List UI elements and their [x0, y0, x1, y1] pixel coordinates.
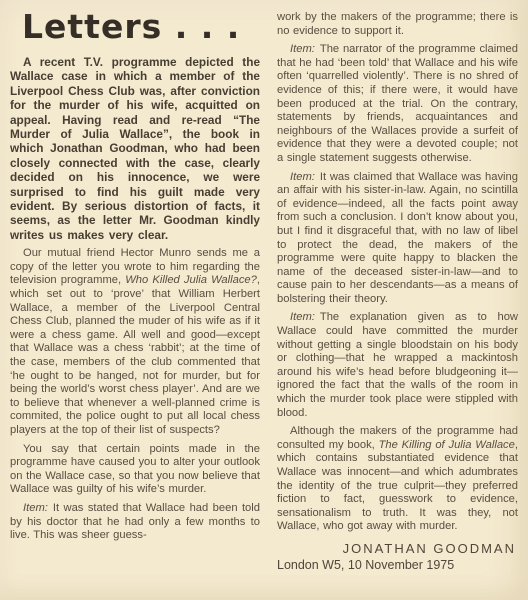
italic-text-run: Item:	[290, 43, 315, 55]
signature-block: JONATHAN GOODMAN London W5, 10 November …	[277, 541, 518, 572]
left-column-text: A recent T.V. programme depicted the Wal…	[10, 55, 260, 543]
page-title: Letters . . .	[22, 8, 260, 46]
closing-paragraph: Although the makers of the programme had…	[277, 425, 518, 534]
italic-text-run: Item:	[290, 311, 315, 323]
letter-paragraph: Our mutual friend Hector Munro sends me …	[10, 247, 260, 437]
item-paragraph: Item:The explanation given as to how Wal…	[277, 311, 518, 420]
editor-intro-paragraph: A recent T.V. programme depicted the Wal…	[10, 55, 260, 242]
italic-text-run: The Killing of Julia Wallace	[379, 439, 515, 451]
text-run: You say that certain points made in the …	[10, 443, 260, 496]
item-paragraph: Item:The narrator of the programme claim…	[277, 43, 518, 165]
text-run: The explanation given as to how Wallace …	[277, 311, 518, 418]
letters-page: Letters . . . A recent T.V. programme de…	[0, 0, 528, 600]
continuation-paragraph: work by the makers of the programme; the…	[277, 11, 518, 38]
left-column: Letters . . . A recent T.V. programme de…	[10, 8, 260, 594]
text-run: , which set out to ‘prove’ that William …	[10, 274, 260, 436]
italic-text-run: Who Killed Julia Wallace?	[125, 274, 257, 286]
signature-name: JONATHAN GOODMAN	[277, 541, 518, 556]
text-run: , which contains substantiated evidence …	[277, 439, 518, 533]
right-column: work by the makers of the programme; the…	[277, 8, 518, 594]
text-run: work by the makers of the programme; the…	[277, 11, 518, 37]
signature-place-date: London W5, 10 November 1975	[277, 558, 518, 572]
item-paragraph: Item:It was stated that Wallace had been…	[10, 502, 260, 543]
italic-text-run: Item:	[290, 171, 315, 183]
text-run: A recent T.V. programme depicted the Wal…	[10, 55, 260, 242]
letter-paragraph: You say that certain points made in the …	[10, 443, 260, 497]
item-paragraph: Item:It was claimed that Wallace was hav…	[277, 171, 518, 307]
italic-text-run: Item:	[23, 502, 48, 514]
text-run: It was claimed that Wallace was having a…	[277, 171, 518, 305]
right-column-text: work by the makers of the programme; the…	[277, 11, 518, 534]
text-run: The narrator of the programme claimed th…	[277, 43, 518, 164]
